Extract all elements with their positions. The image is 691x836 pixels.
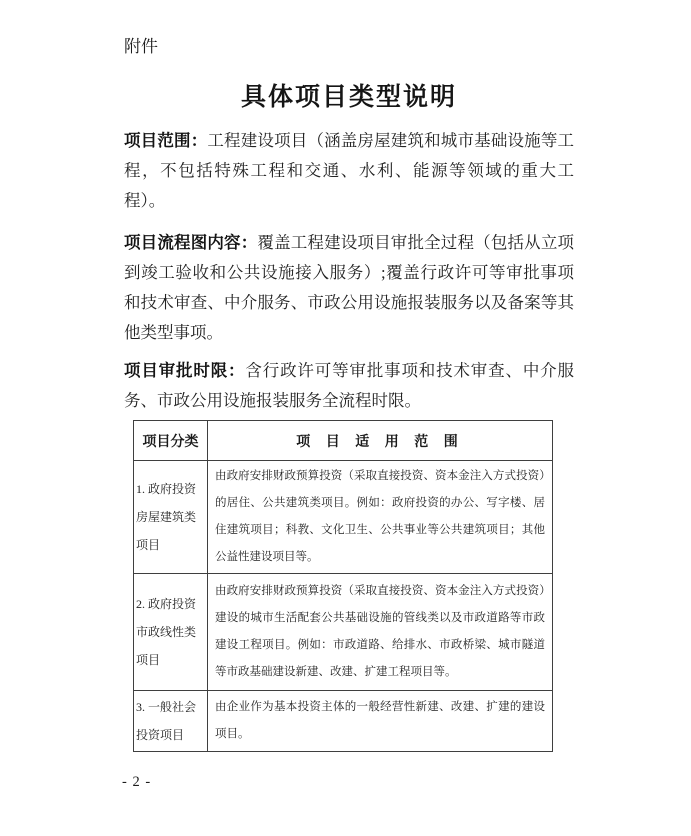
table-cell-scope: 由企业作为基本投资主体的一般经营性新建、改建、扩建的建设项目。: [208, 691, 553, 752]
page-number: - 2 -: [122, 774, 574, 791]
table-row: 1. 政府投资房屋建筑类项目 由政府安排财政预算投资（采取直接投资、资本金注入方…: [134, 461, 553, 574]
paragraph-approval-time-limit: 项目审批时限：含行政许可等审批事项和技术审查、中介服务、市政公用设施报装服务全流…: [124, 356, 574, 416]
paragraph-flowchart-content: 项目流程图内容：覆盖工程建设项目审批全过程（包括从立项到竣工验收和公共设施接入服…: [124, 228, 574, 348]
paragraph-label: 项目流程图内容：: [124, 233, 257, 252]
document-title: 具体项目类型说明: [124, 82, 574, 114]
document-page: 附件 具体项目类型说明 项目范围：工程建设项目（涵盖房屋建筑和城市基础设施等工程…: [0, 0, 691, 836]
table-cell-scope: 由政府安排财政预算投资（采取直接投资、资本金注入方式投资）建设的城市生活配套公共…: [208, 574, 553, 691]
table-row: 3. 一般社会投资项目 由企业作为基本投资主体的一般经营性新建、改建、扩建的建设…: [134, 691, 553, 752]
project-type-table: 项目分类 项 目 适 用 范 围 1. 政府投资房屋建筑类项目 由政府安排财政预…: [133, 420, 553, 752]
paragraph-label: 项目范围：: [124, 131, 207, 150]
table-header-category: 项目分类: [134, 421, 208, 461]
table-cell-category: 2. 政府投资市政线性类项目: [134, 574, 208, 691]
table-header-scope: 项 目 适 用 范 围: [208, 421, 553, 461]
paragraph-label: 项目审批时限：: [124, 361, 245, 380]
attachment-label: 附件: [124, 36, 574, 58]
table-cell-category: 1. 政府投资房屋建筑类项目: [134, 461, 208, 574]
table-cell-scope: 由政府安排财政预算投资（采取直接投资、资本金注入方式投资）的居住、公共建筑类项目…: [208, 461, 553, 574]
table-header-row: 项目分类 项 目 适 用 范 围: [134, 421, 553, 461]
table-cell-category: 3. 一般社会投资项目: [134, 691, 208, 752]
table-row: 2. 政府投资市政线性类项目 由政府安排财政预算投资（采取直接投资、资本金注入方…: [134, 574, 553, 691]
paragraph-project-scope: 项目范围：工程建设项目（涵盖房屋建筑和城市基础设施等工程，不包括特殊工程和交通、…: [124, 126, 574, 216]
